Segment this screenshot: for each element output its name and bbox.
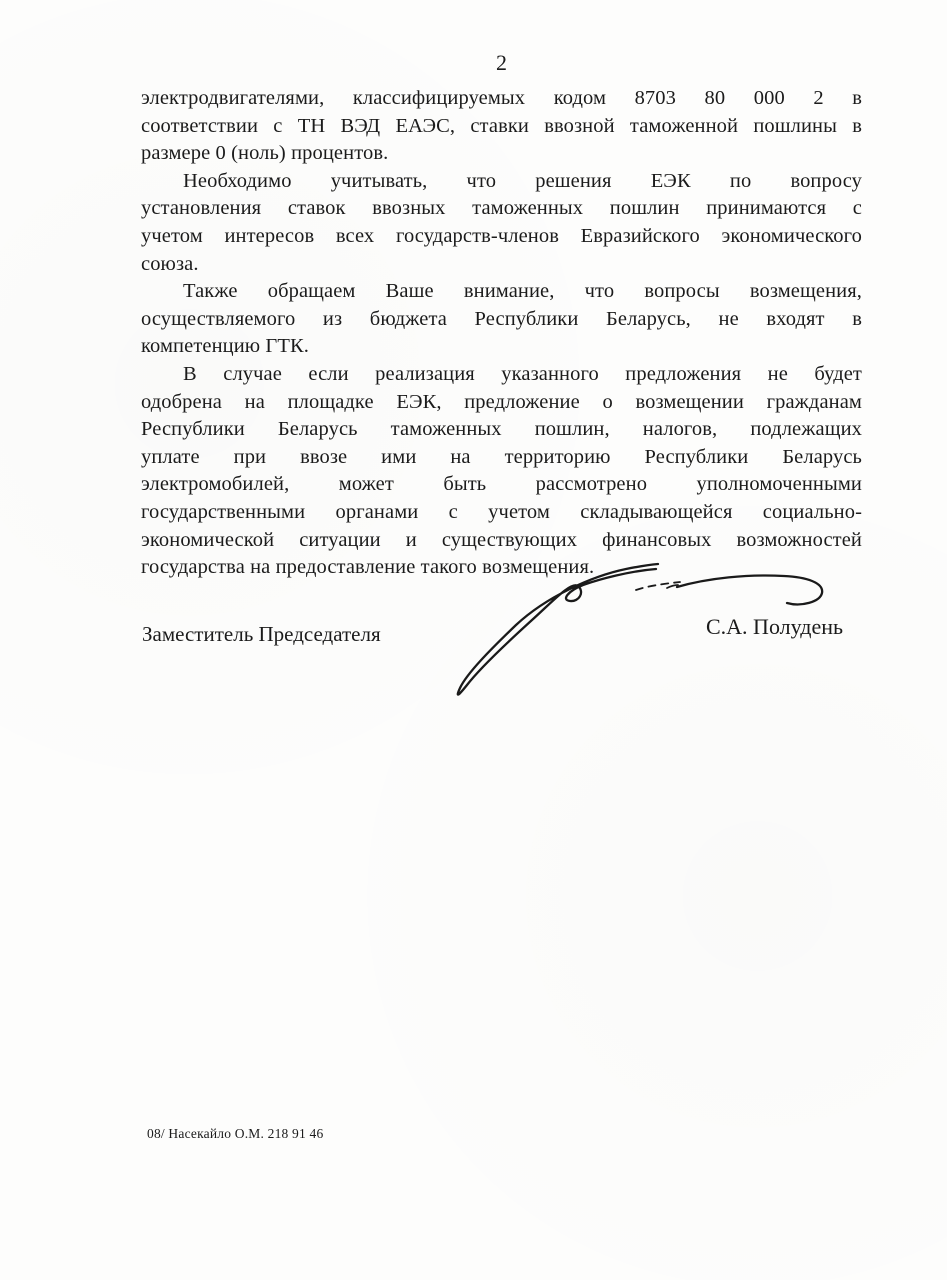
letter-body: электродвигателями, классифицируемых код… <box>141 85 862 582</box>
body-line: В случае если реализация указанного пред… <box>141 361 862 389</box>
signatory-title: Заместитель Председателя <box>142 622 381 647</box>
body-line: экономической ситуации и существующих фи… <box>141 527 862 555</box>
signatory-name: С.А. Полудень <box>706 614 843 640</box>
body-line: электродвигателями, классифицируемых код… <box>141 85 862 113</box>
body-line: Республики Беларусь таможенных пошлин, н… <box>141 416 862 444</box>
body-line: уплате при ввозе ими на территорию Респу… <box>141 444 862 472</box>
body-line: установления ставок ввозных таможенных п… <box>141 195 862 223</box>
body-line: учетом интересов всех государств-членов … <box>141 223 862 251</box>
page-number: 2 <box>141 50 862 76</box>
body-line: компетенцию ГТК. <box>141 333 862 361</box>
body-line: союза. <box>141 251 862 279</box>
executor-reference: 08/ Насекайло О.М. 218 91 46 <box>147 1126 323 1142</box>
body-line: соответствии с ТН ВЭД ЕАЭС, ставки ввозн… <box>141 113 862 141</box>
body-line: осуществляемого из бюджета Республики Бе… <box>141 306 862 334</box>
body-line: Также обращаем Ваше внимание, что вопрос… <box>141 278 862 306</box>
body-line: одобрена на площадке ЕЭК, предложение о … <box>141 389 862 417</box>
scanned-letter-page: 2 электродвигателями, классифицируемых к… <box>0 0 947 1280</box>
body-line: Необходимо учитывать, что решения ЕЭК по… <box>141 168 862 196</box>
body-line: размере 0 (ноль) процентов. <box>141 140 862 168</box>
body-line: государственными органами с учетом склад… <box>141 499 862 527</box>
body-line: электромобилей, может быть рассмотрено у… <box>141 471 862 499</box>
